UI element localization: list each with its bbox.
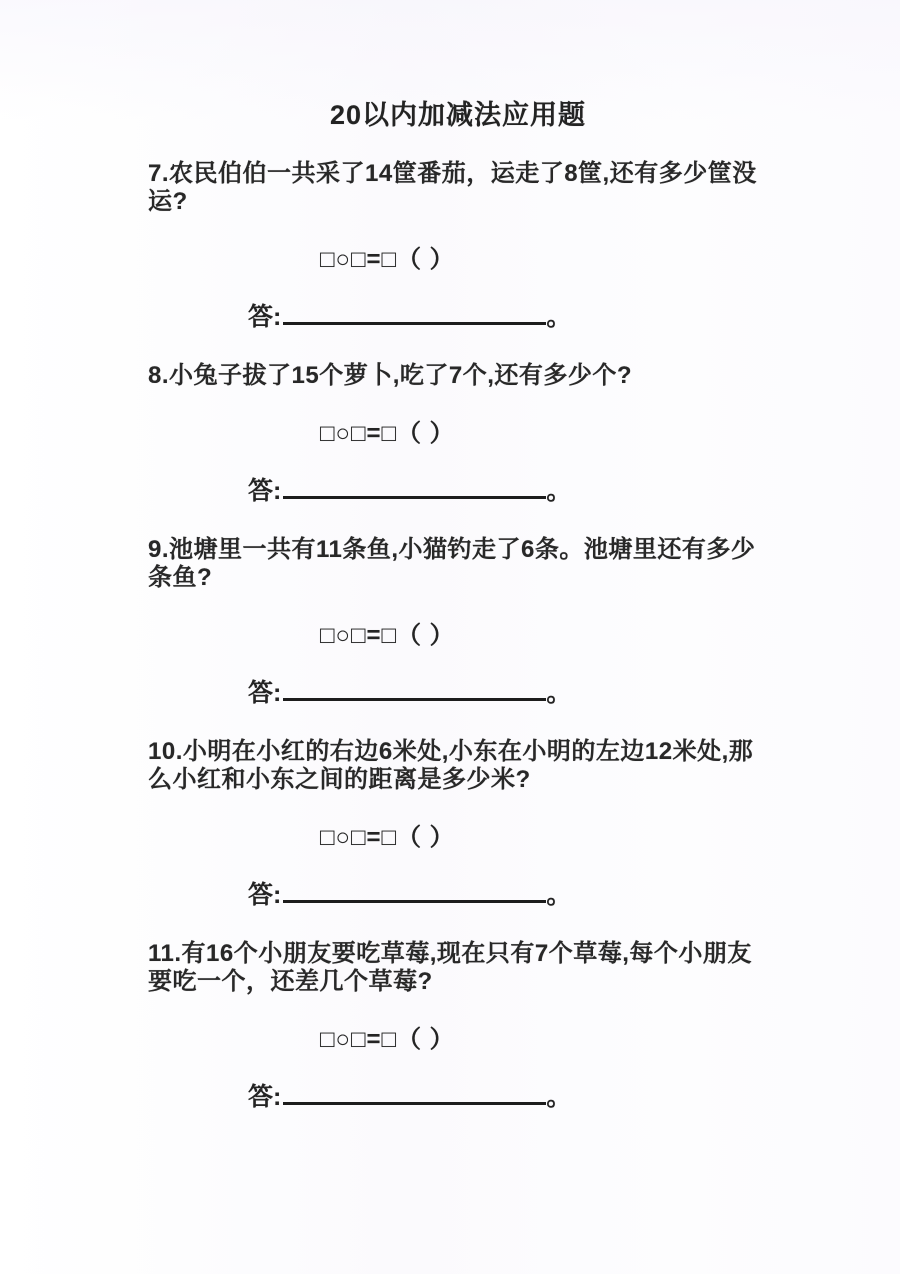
equation-row: □○□=□（ ）	[320, 421, 768, 447]
problem-text: 9.池塘里一共有11条鱼,小猫钓走了6条。池塘里还有多少条鱼?	[148, 536, 768, 592]
document-page: 20以内加减法应用题 7.农民伯伯一共采了14筐番茄，运走了8筐,还有多少筐没运…	[0, 0, 900, 1274]
problem-text: 11.有16个小朋友要吃草莓,现在只有7个草莓,每个小朋友要吃一个，还差几个草莓…	[148, 940, 768, 996]
problem-block-7: 7.农民伯伯一共采了14筐番茄，运走了8筐,还有多少筐没运? □○□=□（ ） …	[148, 160, 768, 332]
answer-row: 答:。	[248, 1082, 768, 1112]
answer-label: 答:	[248, 679, 281, 707]
answer-blank-line	[283, 1101, 546, 1105]
answer-period: 。	[546, 477, 571, 505]
equation-placeholder: □○□=□（ ）	[320, 824, 455, 851]
answer-label: 答:	[248, 1083, 281, 1111]
worksheet-page: { "page": { "title": "20以内加减法应用题", "equa…	[0, 0, 900, 1274]
problem-block-8: 8.小兔子拔了15个萝卜,吃了7个,还有多少个? □○□=□（ ） 答:。	[148, 362, 768, 506]
answer-period: 。	[546, 303, 571, 331]
problem-block-10: 10.小明在小红的右边6米处,小东在小明的左边12米处,那么小红和小东之间的距离…	[148, 738, 768, 910]
worksheet-title: 20以内加减法应用题	[148, 98, 768, 132]
answer-period: 。	[546, 679, 571, 707]
answer-blank-line	[283, 697, 546, 701]
answer-label: 答:	[248, 303, 281, 331]
worksheet-content: 20以内加减法应用题 7.农民伯伯一共采了14筐番茄，运走了8筐,还有多少筐没运…	[148, 0, 768, 1112]
equation-row: □○□=□（ ）	[320, 247, 768, 273]
answer-row: 答:。	[248, 302, 768, 332]
answer-period: 。	[546, 1083, 571, 1111]
answer-blank-line	[283, 495, 546, 499]
answer-row: 答:。	[248, 476, 768, 506]
problem-block-11: 11.有16个小朋友要吃草莓,现在只有7个草莓,每个小朋友要吃一个，还差几个草莓…	[148, 940, 768, 1112]
answer-blank-line	[283, 321, 546, 325]
equation-placeholder: □○□=□（ ）	[320, 420, 455, 447]
answer-period: 。	[546, 881, 571, 909]
equation-placeholder: □○□=□（ ）	[320, 246, 455, 273]
problem-block-9: 9.池塘里一共有11条鱼,小猫钓走了6条。池塘里还有多少条鱼? □○□=□（ ）…	[148, 536, 768, 708]
answer-row: 答:。	[248, 880, 768, 910]
problem-text: 10.小明在小红的右边6米处,小东在小明的左边12米处,那么小红和小东之间的距离…	[148, 738, 768, 794]
equation-placeholder: □○□=□（ ）	[320, 622, 455, 649]
answer-label: 答:	[248, 881, 281, 909]
equation-placeholder: □○□=□（ ）	[320, 1026, 455, 1053]
equation-row: □○□=□（ ）	[320, 1027, 768, 1053]
answer-blank-line	[283, 899, 546, 903]
problem-text: 7.农民伯伯一共采了14筐番茄，运走了8筐,还有多少筐没运?	[148, 160, 768, 216]
problem-text: 8.小兔子拔了15个萝卜,吃了7个,还有多少个?	[148, 362, 768, 390]
answer-row: 答:。	[248, 678, 768, 708]
equation-row: □○□=□（ ）	[320, 825, 768, 851]
equation-row: □○□=□（ ）	[320, 623, 768, 649]
answer-label: 答:	[248, 477, 281, 505]
